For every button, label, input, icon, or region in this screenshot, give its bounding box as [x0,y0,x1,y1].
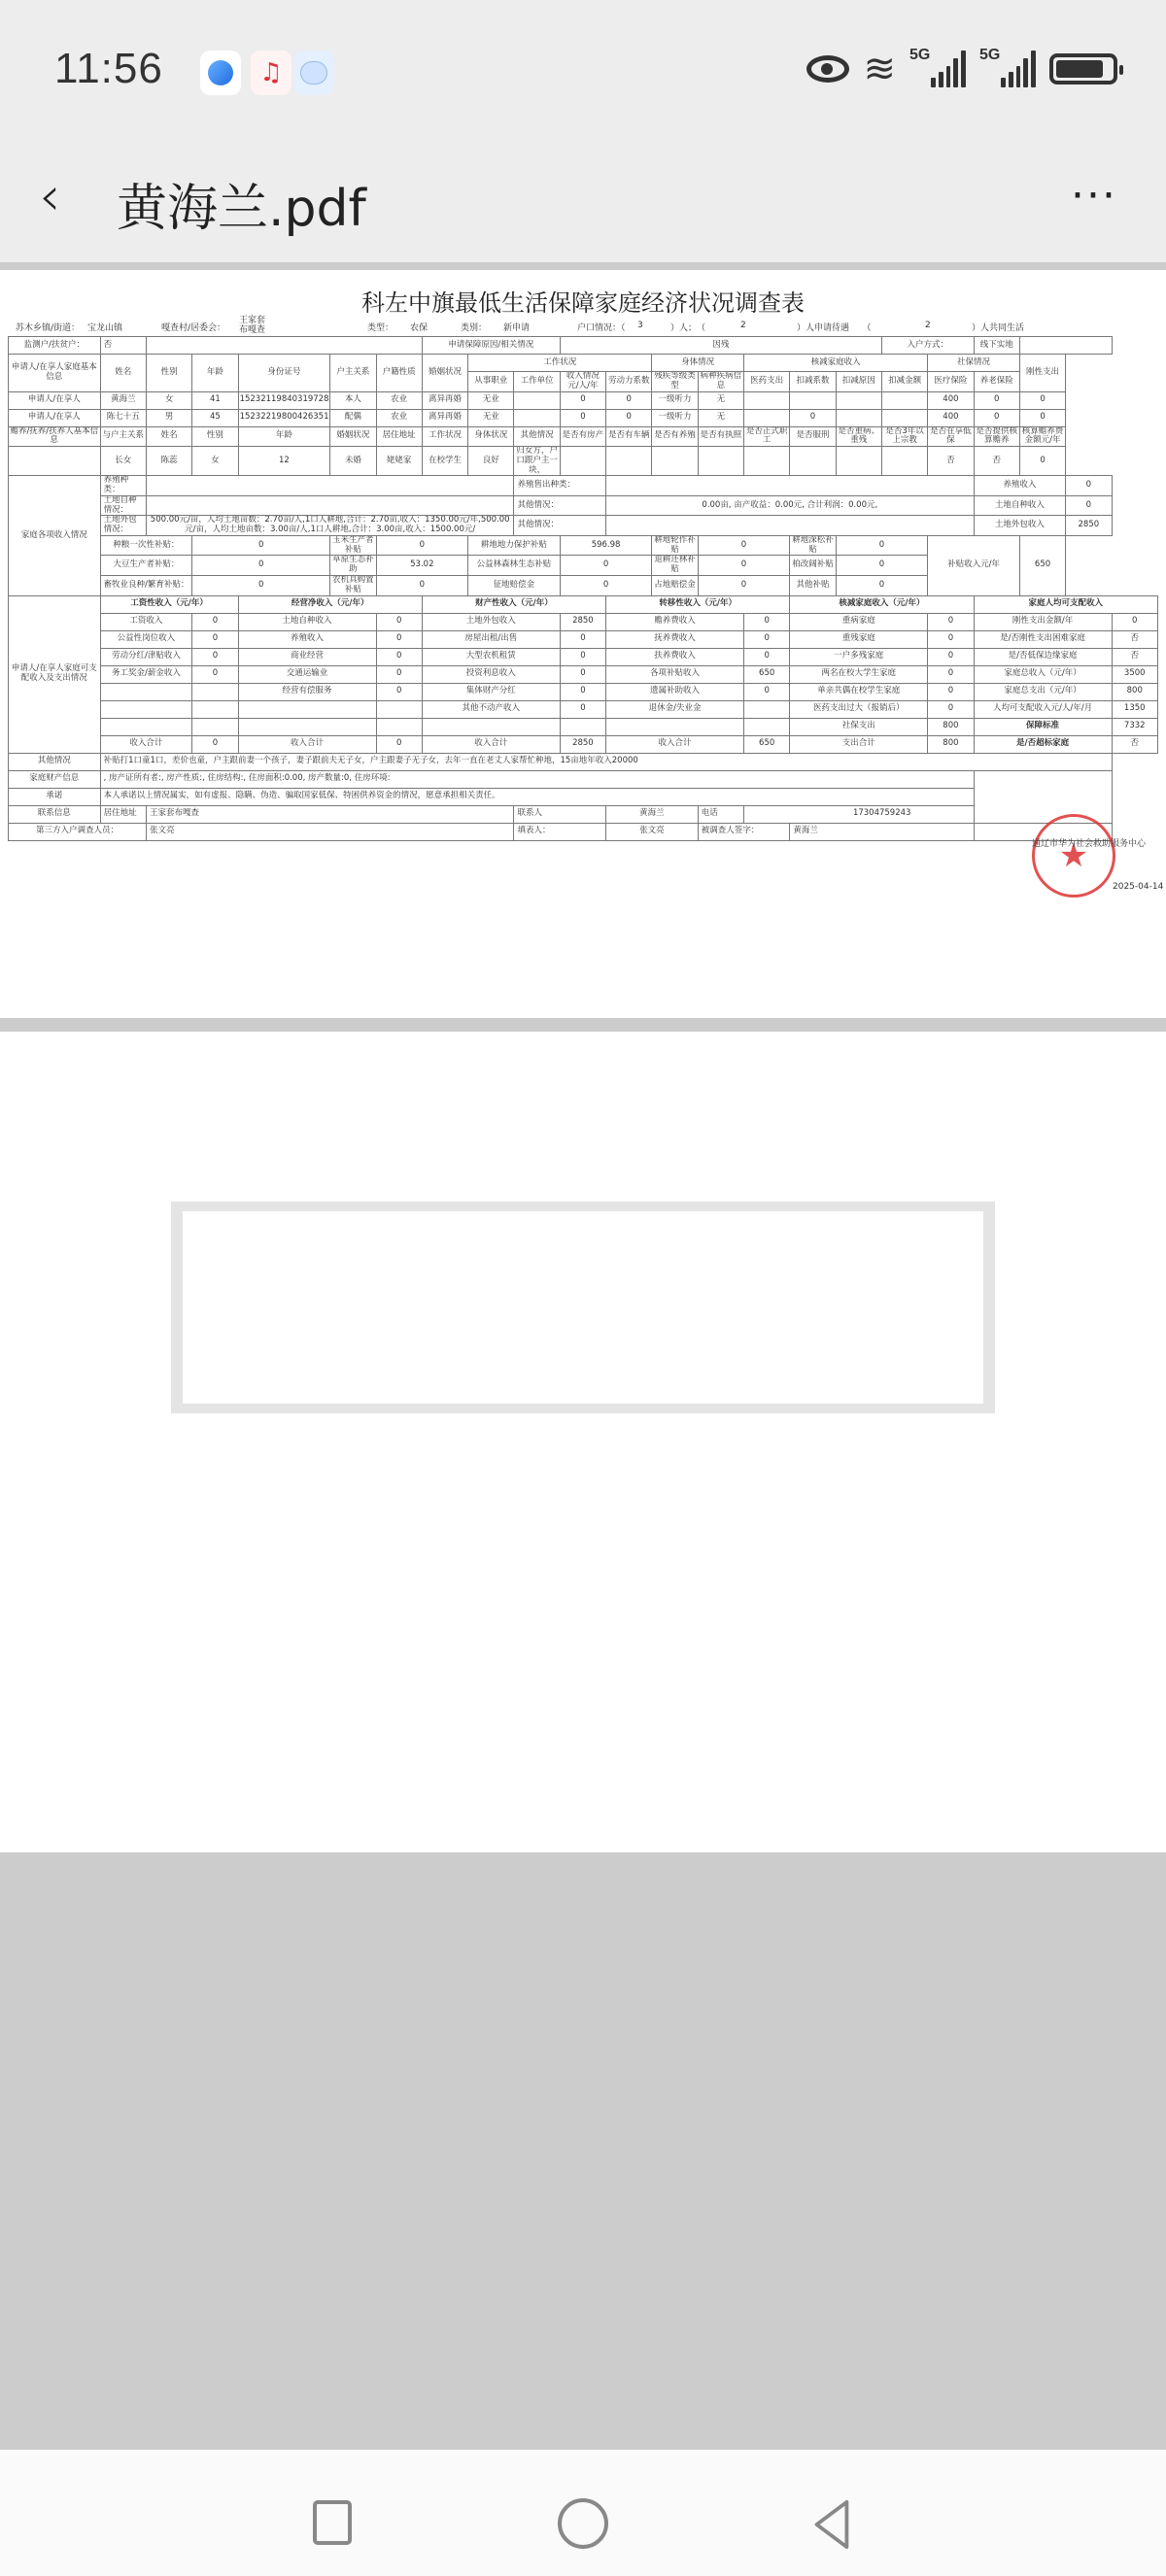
form-cell: 家庭财产信息 [9,770,101,788]
form-cell: 0 [560,409,605,426]
form-cell: 监测户/扶贫户： [9,337,101,355]
blank-frame [171,1202,995,1413]
form-cell: 0 [560,683,605,700]
form-cell: 居住地址 [376,426,422,447]
form-cell [606,476,975,496]
form-cell: 是否有执照 [698,426,743,447]
form-cell: 投资利息收入 [422,665,560,683]
meta-value: 3 [637,321,643,330]
form-cell: 0 [928,630,974,648]
form-cell: 0 [560,556,652,576]
form-cell: 扣减金额 [881,372,927,392]
form-cell: 0 [928,700,974,718]
title-bar: ‹ 黄海兰.pdf ··· [0,146,1166,262]
form-cell: 0 [376,735,422,753]
form-cell: 本人 [330,391,376,409]
meta-label: 类型： [367,321,394,333]
more-options-button[interactable]: ··· [1071,171,1117,220]
form-cell: 在校学生 [422,447,467,476]
battery-icon [1049,53,1117,85]
form-cell: 入户方式： [881,337,974,355]
form-cell: 土地外包收入 [422,613,560,630]
form-cell: 女 [192,447,238,476]
form-cell: 0 [606,391,652,409]
form-cell: 无业 [468,391,514,409]
meta-label: 类别： [461,321,487,333]
form-cell: 0 [744,648,790,665]
form-cell: 否 [100,337,146,355]
form-cell [100,718,192,735]
form-cell: 身体状况 [468,426,514,447]
form-cell: 保障标准 [974,718,1112,735]
assistant-app-icon [293,51,334,95]
form-cell: 承诺 [9,788,101,805]
form-cell: 0 [560,665,605,683]
form-cell: 41 [192,391,238,409]
form-cell: 玉米生产者补贴 [330,535,376,556]
form-cell: 0 [1019,409,1065,426]
form-cell: 身体情况 [652,355,744,372]
form-cell: 0 [376,576,468,596]
form-cell: 各项补贴收入 [606,665,744,683]
form-cell: 0 [744,613,790,630]
form-cell: 张文亮 [146,823,514,840]
form-cell: 无 [698,409,743,426]
form-cell: 0 [928,683,974,700]
form-cell [606,516,975,536]
form-cell: 姓名 [100,355,146,392]
form-cell [790,391,836,409]
form-cell: 0 [1019,391,1065,409]
form-cell: 其他情况： [514,495,606,516]
meta-value: 新申请 [503,321,530,333]
form-cell: 否 [1112,735,1158,753]
form-cell: 工资性收入（元/年） [100,595,238,613]
form-cell: 农业 [376,391,422,409]
form-cell: 0 [192,648,238,665]
form-cell: 种粮一次性补贴： [100,535,192,556]
form-cell: 152322198004263517 [238,409,330,426]
form-cell: 重病家庭 [790,613,928,630]
form-cell: 0 [974,409,1019,426]
system-nav-bar [0,2450,1166,2576]
form-cell: 0 [560,391,605,409]
form-cell: 2850 [1066,516,1112,536]
form-cell: 其他情况 [514,426,560,447]
form-cell: 姓名 [146,426,191,447]
form-cell: 抚养费收入 [606,630,744,648]
form-cell: 王家套布嘎查 [146,805,514,823]
form-cell: 陈蕊 [146,447,191,476]
form-cell: 黄海兰 [790,823,974,840]
form-cell [9,447,101,476]
form-cell [652,447,698,476]
status-bar: 11:56 ♫ ≋ 5G 5G [0,0,1166,146]
recent-apps-icon[interactable] [313,2500,352,2545]
form-cell: 扣减原因 [836,372,881,392]
form-cell: 家庭总支出（元/年） [974,683,1112,700]
home-icon[interactable] [558,2498,608,2549]
form-cell: 退耕还林补贴 [652,556,698,576]
form-cell: 7332 [1112,718,1158,735]
form-cell: 0 [192,576,330,596]
form-cell: 0 [1066,495,1112,516]
form-cell [836,391,881,409]
form-cell: 退休金/失业金 [606,700,744,718]
form-cell: 0 [376,613,422,630]
pdf-page-1: 科左中旗最低生活保障家庭经济状况调查表 苏木乡镇/街道： 宝龙山镇 嘎查村/居委… [0,270,1166,1018]
form-cell: 重残家庭 [790,630,928,648]
clock: 11:56 [54,45,163,93]
form-cell: 0 [560,700,605,718]
form-cell [146,495,514,516]
form-cell: 归女方，户口跟户主一块， [514,447,560,476]
form-cell: 单亲共偶在校学生家庭 [790,683,928,700]
form-cell: 否 [928,447,974,476]
form-cell: 0 [744,683,790,700]
form-cell: 大型农机租赁 [422,648,560,665]
form-cell: 本人承诺以上情况属实，如有虚报、隐瞒、伪造、骗取国家低保、特困供养资金的情况，愿… [100,788,974,805]
form-cell: 400 [928,409,974,426]
form-cell: 0 [560,648,605,665]
form-cell: 线下实地 [974,337,1019,355]
form-cell: 0 [606,409,652,426]
form-cell: 收入合计 [238,735,376,753]
form-cell: 土地自种收入 [974,495,1066,516]
form-cell: 800 [928,718,974,735]
meta-value: 王家套布嘎查 [239,317,268,336]
form-cell: 无 [698,391,743,409]
form-cell: 医药支出 [744,372,790,392]
form-cell: 152321198403197282 [238,391,330,409]
form-cell [744,391,790,409]
form-cell: 养老保险 [974,372,1019,392]
form-cell: 0 [1019,447,1065,476]
form-cell: 征地赔偿金 [468,576,561,596]
form-cell: 是否正式职工 [744,426,790,447]
form-cell: 土地外包收入 [974,516,1066,536]
form-cell: 0 [1066,476,1112,496]
form-cell [1019,337,1112,355]
seal-organization: 通辽市华为社会救助服务中心 [1032,836,1146,849]
form-cell [146,476,514,496]
form-cell: 土地外包情况： [100,516,146,536]
form-cell: 劳动力系数 [606,372,652,392]
form-cell: 性别 [192,426,238,447]
form-cell: 赡养/抚养/扶养人基本信息 [9,426,101,447]
official-seal-icon: ★ [1032,814,1115,898]
form-cell [606,718,744,735]
form-cell [146,337,422,355]
form-cell: 0 [376,648,422,665]
form-cell: 800 [1112,683,1158,700]
form-cell: 养殖收入 [238,630,376,648]
form-cell: 土地自种收入 [238,613,376,630]
form-cell: 填表人： [514,823,606,840]
form-cell: 0 [698,576,790,596]
form-cell: 农业 [376,409,422,426]
form-cell: 500.00元/亩，人均土地亩数：2.70亩/人,1口人耕地,合计：2.70亩,… [146,516,514,536]
form-cell: 婚姻状况 [422,355,467,392]
form-cell: 0 [928,613,974,630]
form-cell: 性别 [146,355,191,392]
form-cell: 人均可支配收入元/人/年/月 [974,700,1112,718]
form-cell: 一级听力 [652,391,698,409]
form-cell: 年龄 [192,355,238,392]
form-cell [744,718,790,735]
form-cell: 耕地深松补贴 [790,535,836,556]
form-cell [744,700,790,718]
pdf-viewer[interactable]: 科左中旗最低生活保障家庭经济状况调查表 苏木乡镇/街道： 宝龙山镇 嘎查村/居委… [0,262,1166,2450]
form-cell: 其他情况 [9,753,101,770]
form-cell: 社保支出 [790,718,928,735]
form-cell: 400 [928,391,974,409]
form-cell: 柏改阔补贴 [790,556,836,576]
form-cell: 家庭总收入（元/年） [974,665,1112,683]
form-cell: 占地赔偿金 [652,576,698,596]
form-cell: 53.02 [376,556,468,576]
form-cell: 与户主关系 [100,426,146,447]
form-cell [790,447,836,476]
browser-app-icon [200,51,241,95]
form-cell: 扣减系数 [790,372,836,392]
form-cell: 0 [376,683,422,700]
form-cell [881,447,927,476]
form-cell: 姥姥家 [376,447,422,476]
form-cell: 耕地地力保护补贴 [468,535,561,556]
form-cell: 年龄 [238,426,330,447]
form-cell: 工作单位 [514,372,560,392]
form-cell [238,718,376,735]
form-cell: 0 [560,630,605,648]
form-cell: 否 [1112,630,1158,648]
form-cell: 17304759243 [744,805,1020,823]
form-cell: 0 [192,556,330,576]
meta-value: 宝龙山镇 [87,321,122,333]
form-cell: 45 [192,409,238,426]
form-cell: 转移性收入（元/年） [606,595,790,613]
form-cell: 房屋出租/出售 [422,630,560,648]
form-cell: 核减家庭收入（元/年） [790,595,974,613]
form-cell: 0 [1112,613,1158,630]
form-cell [560,447,605,476]
form-cell: 经营有偿服务 [238,683,376,700]
meta-label: ）人； （ [670,321,705,333]
form-cell: 0 [376,630,422,648]
form-cell: 0 [192,735,238,753]
back-button[interactable]: ‹ [39,165,60,228]
form-cell: 联系人 [514,805,606,823]
signal-icon-2: 5G [979,51,1036,87]
form-cell [100,700,192,718]
form-cell: 男 [146,409,191,426]
form-cell [376,718,422,735]
form-cell: 是否有房产 [560,426,605,447]
form-cell: 596.98 [560,535,652,556]
form-cell: 财产性收入（元/年） [422,595,605,613]
form-cell: 无业 [468,409,514,426]
form-cell: 劳动分红/津贴收入 [100,648,192,665]
form-cell: 支出合计 [790,735,928,753]
form-cell: 2850 [560,613,605,630]
form-cell: 1350 [1112,700,1158,718]
form-cell: , 房产证所有者:, 房产性质:, 住房结构:, 住房面积:0.00, 房产数量… [100,770,974,788]
form-cell: 2850 [560,735,605,753]
form-cell [698,447,743,476]
document-title: 科左中旗最低生活保障家庭经济状况调查表 [0,284,1166,318]
form-cell: 第三方入户调查人员： [9,823,147,840]
form-cell: 0 [974,391,1019,409]
form-cell: 补贴收入元/年 [928,535,1020,595]
form-cell: 是否服刑 [790,426,836,447]
form-cell: 女 [146,391,191,409]
form-cell [560,718,605,735]
form-cell: 收入情况元/人/年 [560,372,605,392]
form-cell: 3500 [1112,665,1158,683]
music-app-icon: ♫ [251,51,291,95]
form-cell: 商业经营 [238,648,376,665]
meta-label: ）人申请待遇 （ [797,321,872,333]
form-cell: 家庭各项收入情况 [9,476,101,595]
meta-value: 2 [925,321,931,330]
form-cell: 病种疾病信息 [698,372,743,392]
form-cell: 0 [790,409,836,426]
form-cell: 650 [1019,535,1065,595]
form-cell: 务工奖金/薪金收入 [100,665,192,683]
form-cell: 医药支出过大（报销后） [790,700,928,718]
pdf-page-2 [0,1032,1166,1852]
form-cell: 0 [192,535,330,556]
form-cell: 畜牧业良种/繁育补贴： [100,576,192,596]
form-cell: 0 [744,630,790,648]
form-cell: 陈七十五 [100,409,146,426]
form-cell: 否 [974,447,1019,476]
form-cell: 是否有车辆 [606,426,652,447]
form-cell: 离异再婚 [422,391,467,409]
survey-form-table: 监测户/扶贫户：否申请保障原因/相关情况因残入户方式：线下实地申请人/在享人家庭… [8,336,1158,841]
form-cell: 因残 [560,337,881,355]
signal-icon-1: 5G [909,51,966,87]
eye-icon [806,55,849,83]
form-cell [606,447,652,476]
form-cell [192,683,238,700]
form-cell: 0 [928,665,974,683]
form-cell [514,409,560,426]
form-cell: 0 [836,576,928,596]
form-cell: 收入合计 [606,735,744,753]
form-cell: 户籍性质 [376,355,422,392]
form-cell: 收入合计 [100,735,192,753]
form-cell: 0 [836,535,928,556]
form-cell: 0 [192,665,238,683]
form-cell: 其他不动产收入 [422,700,560,718]
form-cell: 0 [376,665,422,683]
file-title: 黄海兰.pdf [117,167,366,240]
form-cell: 黄海兰 [606,805,699,823]
form-cell: 从事职业 [468,372,514,392]
form-cell: 居住地址 [100,805,146,823]
form-cell: 土地自种情况： [100,495,146,516]
form-cell: 申请保障原因/相关情况 [422,337,560,355]
form-cell: 公益林森林生态补贴 [468,556,561,576]
form-cell [881,409,927,426]
form-cell: 集体财产分红 [422,683,560,700]
form-cell: 0 [928,648,974,665]
form-cell: 申请人/在享人 [9,409,101,426]
form-cell: 联系信息 [9,805,101,823]
form-cell [376,700,422,718]
form-cell: 0 [192,613,238,630]
form-cell [514,391,560,409]
form-cell: 长女 [100,447,146,476]
form-cell: 收入合计 [422,735,560,753]
form-cell: 户主关系 [330,355,376,392]
form-cell: 刚性支出金额/年 [974,613,1112,630]
form-cell: 申请人/在享人家庭可支配收入及支出情况 [9,595,101,753]
meta-label: 苏木乡镇/街道： [16,321,80,333]
form-cell: 养殖售出种类： [514,476,606,496]
form-cell: 0 [376,535,468,556]
form-cell: 被调查人签字： [698,823,790,840]
form-cell: 张文亮 [606,823,699,840]
form-cell: 0 [192,630,238,648]
form-cell: 核减家庭收入 [744,355,928,372]
form-cell: 工作状况 [422,426,467,447]
form-cell [238,700,376,718]
form-cell: 身份证号 [238,355,330,392]
form-cell: 扶养费收入 [606,648,744,665]
form-cell [881,391,927,409]
seal-date: 2025-04-14 [1113,882,1163,892]
form-cell: 其他补贴 [790,576,836,596]
form-cell: 是/否刚性支出困难家庭 [974,630,1112,648]
form-cell: 一户多残家庭 [790,648,928,665]
form-cell [744,409,790,426]
form-cell: 养殖种类： [100,476,146,496]
form-cell: 电话 [698,805,743,823]
form-cell: 0.00亩, 亩产收益：0.00元, 合计利润：0.00元, [606,495,975,516]
form-cell: 配偶 [330,409,376,426]
form-cell: 家庭人均可支配收入 [974,595,1157,613]
form-cell: 耕地轮作补贴 [652,535,698,556]
form-cell: 婚姻状况 [330,426,376,447]
form-cell: 医疗保险 [928,372,974,392]
form-cell: 大豆生产者补贴： [100,556,192,576]
form-cell: 草原生态补助 [330,556,376,576]
form-cell: 800 [928,735,974,753]
wifi-icon: ≋ [863,51,896,87]
form-cell: 离异再婚 [422,409,467,426]
form-cell: 否 [1112,648,1158,665]
form-cell: 赡养费收入 [606,613,744,630]
form-cell: 650 [744,665,790,683]
form-cell: 0 [698,556,790,576]
meta-label: ）人共同生活 [972,321,1024,333]
form-cell: 黄海兰 [100,391,146,409]
meta-value: 农保 [410,321,428,333]
form-cell: 两名在校大学生家庭 [790,665,928,683]
meta-value: 2 [740,321,746,330]
form-cell: 良好 [468,447,514,476]
form-cell: 一级听力 [652,409,698,426]
back-icon[interactable] [806,2498,855,2551]
form-cell: 是/否超标家庭 [974,735,1112,753]
meta-label: 嘎查村/居委会： [161,321,225,333]
form-cell [192,718,238,735]
form-cell: 残疾等级类型 [652,372,698,392]
form-cell [100,683,192,700]
form-cell: 是否提供核算赡养 [974,426,1019,447]
